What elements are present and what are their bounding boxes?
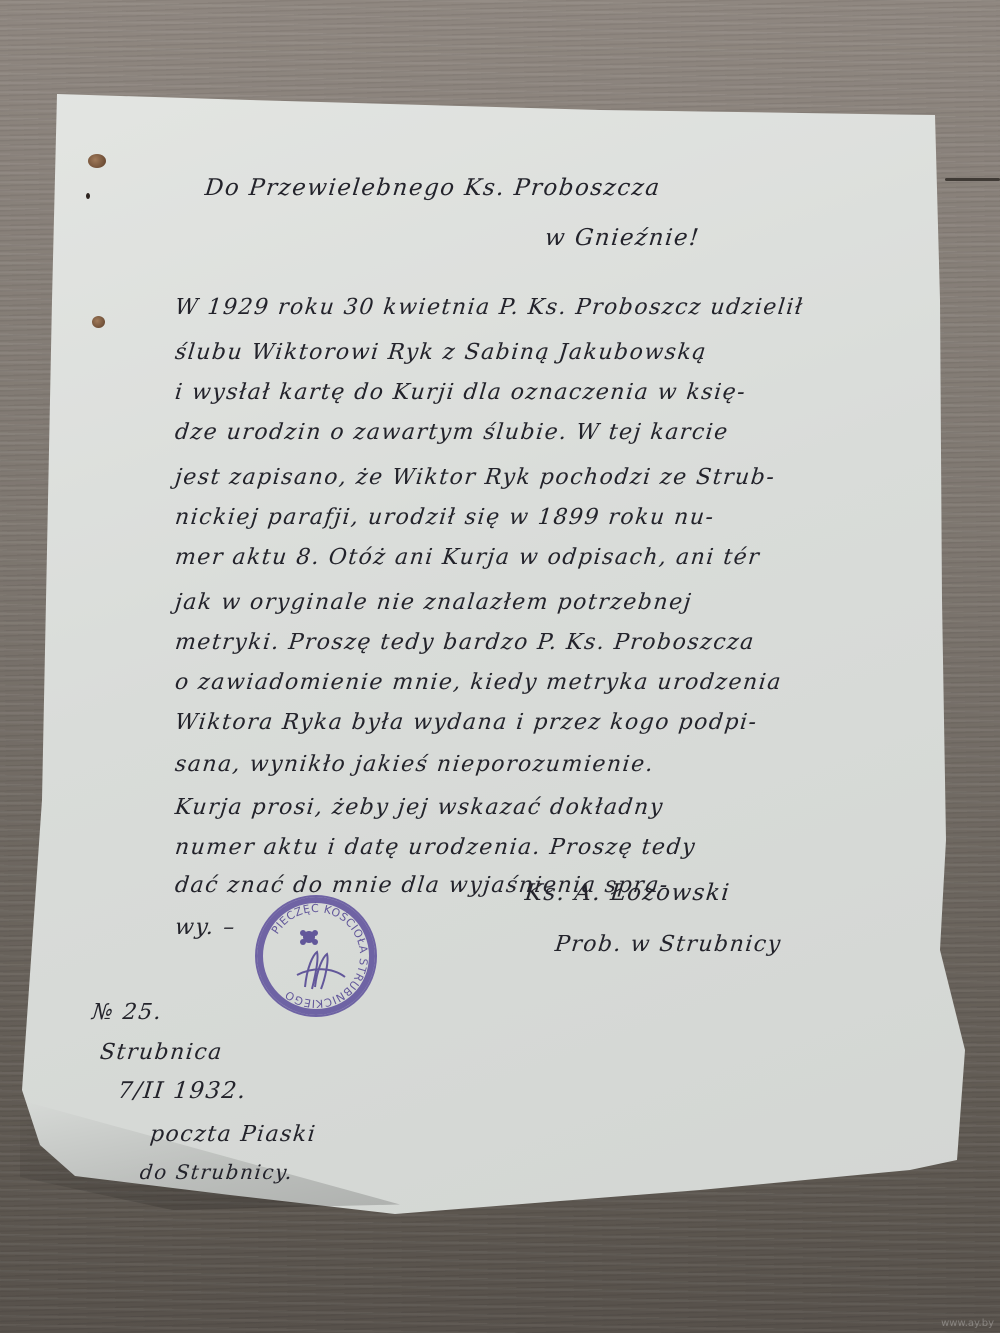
signature-name: Ks. A. Łozowski	[524, 880, 732, 906]
body-line-6: nickiej parafji, urodził się w 1899 roku…	[174, 505, 716, 530]
body-line-2: ślubu Wiktorowi Ryk z Sabiną Jakubowską	[174, 340, 709, 365]
seal-text: PIECZĘĆ KOŚCIOŁA STRUBNICKIEGO	[269, 902, 370, 1010]
monogram-icon	[297, 952, 345, 989]
seal-graphic: PIECZĘĆ KOŚCIOŁA STRUBNICKIEGO	[257, 897, 375, 1015]
body-line-5: jest zapisano, że Wiktor Ryk pochodzi ze…	[174, 465, 777, 490]
body-line-12: sana, wynikło jakieś nieporozumienie.	[174, 752, 656, 777]
flower-icon	[300, 930, 318, 945]
salutation-line-1: Do Przewielebnego Ks. Proboszcza	[204, 175, 662, 201]
church-seal-stamp: PIECZĘĆ KOŚCIOŁA STRUBNICKIEGO	[255, 895, 377, 1017]
reference-number: № 25.	[91, 1000, 164, 1025]
salutation-line-2: w Gnieźnie!	[544, 225, 702, 251]
wood-crack	[945, 178, 1000, 181]
body-line-3: i wysłał kartę do Kurji dla oznaczenia w…	[174, 380, 748, 405]
reference-place: Strubnica	[99, 1040, 224, 1065]
signature-title: Prob. w Strubnicy	[554, 932, 783, 957]
binder-hole-bottom	[92, 316, 105, 328]
body-line-13: Kurja prosi, żeby jej wskazać dokładny	[174, 795, 665, 820]
body-line-14: numer aktu i datę urodzenia. Proszę tedy	[174, 835, 698, 860]
body-line-1: W 1929 roku 30 kwietnia P. Ks. Proboszcz…	[174, 295, 805, 320]
watermark: www.ay.by	[941, 1318, 994, 1329]
post-office-line-2: do Strubnicy.	[139, 1160, 295, 1184]
body-line-7: mer aktu 8. Otóż ani Kurja w odpisach, a…	[174, 545, 762, 570]
reference-date: 7/II 1932.	[117, 1078, 248, 1104]
body-line-11: Wiktora Ryka była wydana i przez kogo po…	[174, 710, 759, 735]
body-line-10: o zawiadomienie mnie, kiedy metryka urod…	[174, 670, 784, 695]
body-line-9: metryki. Proszę tedy bardzo P. Ks. Probo…	[174, 630, 756, 655]
ink-speck	[86, 193, 90, 199]
body-line-4: dze urodzin o zawartym ślubie. W tej kar…	[174, 420, 730, 445]
post-office-line-1: poczta Piaski	[149, 1122, 318, 1147]
body-line-8: jak w oryginale nie znalazłem potrzebnej	[174, 590, 694, 615]
binder-hole-top	[88, 154, 106, 168]
body-line-16: wy. –	[174, 915, 237, 940]
